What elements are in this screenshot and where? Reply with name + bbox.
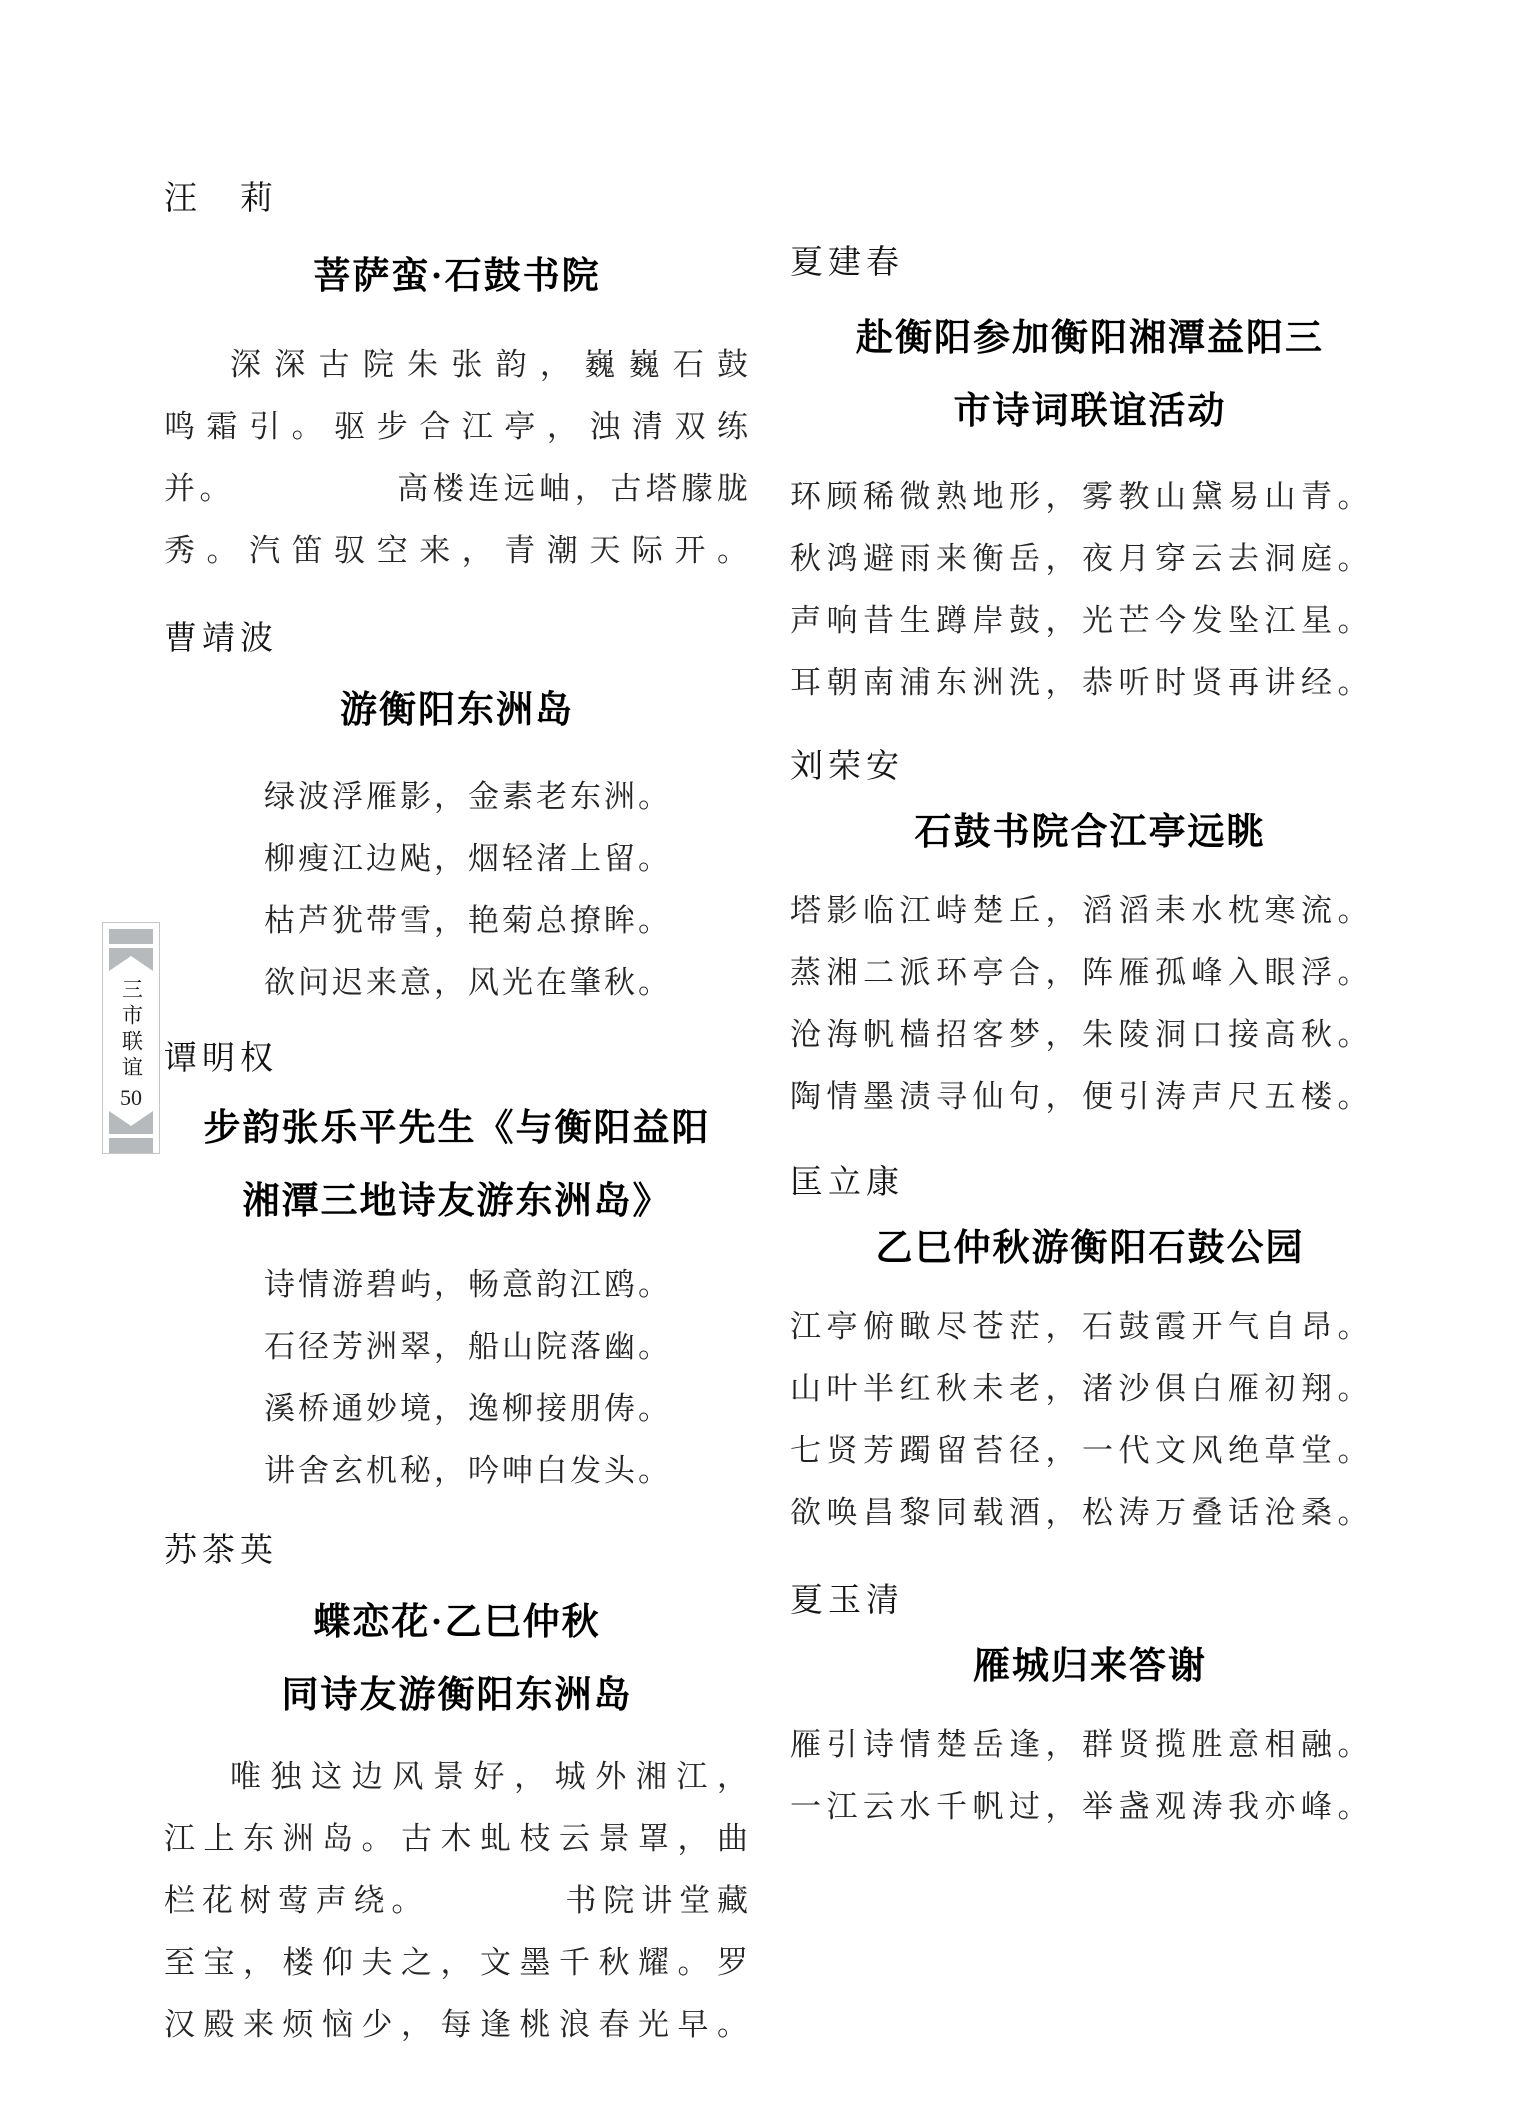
poem-line: 环顾稀微熟地形，雾教山黛易山青。 bbox=[790, 466, 1390, 528]
poem: 刘荣安 石鼓书院合江亭远眺 塔影临江峙楚丘，滔滔耒水枕寒流。 蒸湘二派环亭合，阵… bbox=[790, 744, 1390, 1128]
poem: 汪 莉 菩萨蛮·石鼓书院 深深古院朱张韵，巍巍石鼓 鸣霜引。驱步合江亭，浊清双练… bbox=[164, 176, 750, 582]
poem-line: 七贤芳躅留苔径，一代文风绝草堂。 bbox=[790, 1420, 1390, 1482]
page-number: 50 bbox=[120, 1085, 142, 1111]
poem-line: 耳朝南浦东洲洗，恭听时贤再讲经。 bbox=[790, 652, 1390, 714]
poem-line: 蒸湘二派环亭合，阵雁孤峰入眼浮。 bbox=[790, 942, 1390, 1004]
poem-author: 刘荣安 bbox=[790, 744, 1390, 790]
poem-line: 欲唤昌黎同载酒，松涛万叠话沧桑。 bbox=[790, 1482, 1390, 1544]
poem-title: 石鼓书院合江亭远眺 bbox=[790, 804, 1390, 862]
poem-title: 蝶恋花·乙巳仲秋 bbox=[164, 1586, 750, 1659]
poem: 谭明权 步韵张乐平先生《与衡阳益阳 湘潭三地诗友游东洲岛》 诗情游碧屿，畅意韵江… bbox=[164, 1036, 750, 1502]
poem-author: 夏玉清 bbox=[790, 1578, 1390, 1624]
poem-title: 菩萨蛮·石鼓书院 bbox=[164, 248, 750, 306]
poem-line: 江亭俯瞰尽苍茫，石鼓霞开气自昂。 bbox=[790, 1296, 1390, 1358]
sidebar-tab: 三市联谊 50 bbox=[102, 922, 160, 1154]
poem-line: 讲舍玄机秘，吟呻白发头。 bbox=[164, 1440, 750, 1502]
poem-author: 曹靖波 bbox=[164, 616, 750, 662]
poem-author: 匡立康 bbox=[790, 1160, 1390, 1206]
ribbon-bottom-strip bbox=[109, 1138, 153, 1153]
poem-line: 秋鸿避雨来衡岳，夜月穿云去洞庭。 bbox=[790, 528, 1390, 590]
poem-line: 鸣霜引。驱步合江亭，浊清双练 bbox=[164, 396, 750, 458]
poem: 曹靖波 游衡阳东洲岛 绿波浮雁影，金素老东洲。 柳瘦江边飐，烟轻渚上留。 枯芦犹… bbox=[164, 616, 750, 1014]
poem-line: 绿波浮雁影，金素老东洲。 bbox=[164, 766, 750, 828]
poem-line: 雁引诗情楚岳逢，群贤揽胜意相融。 bbox=[790, 1714, 1390, 1776]
poem-line: 石径芳洲翠，船山院落幽。 bbox=[164, 1316, 750, 1378]
poem-line: 一江云水千帆过，举盏观涛我亦峰。 bbox=[790, 1776, 1390, 1838]
section-tab-label: 三市联谊 bbox=[121, 978, 142, 1082]
poem-line: 栏花树莺声绕。 书院讲堂藏 bbox=[164, 1870, 750, 1932]
poem-line: 诗情游碧屿，畅意韵江鸥。 bbox=[164, 1254, 750, 1316]
poem: 夏建春 赴衡阳参加衡阳湘潭益阳三 市诗词联谊活动 环顾稀微熟地形，雾教山黛易山青… bbox=[790, 240, 1390, 714]
poem-title: 步韵张乐平先生《与衡阳益阳 bbox=[164, 1092, 750, 1165]
poem-line: 欲问迟来意，风光在肇秋。 bbox=[164, 952, 750, 1014]
poem-author: 苏茶英 bbox=[164, 1528, 750, 1574]
poem-title: 雁城归来答谢 bbox=[790, 1638, 1390, 1696]
right-column: 夏建春 赴衡阳参加衡阳湘潭益阳三 市诗词联谊活动 环顾稀微熟地形，雾教山黛易山青… bbox=[790, 0, 1390, 1838]
ribbon-top-strip bbox=[109, 929, 153, 944]
poem-author: 夏建春 bbox=[790, 240, 1390, 286]
poem-title: 乙巳仲秋游衡阳石鼓公园 bbox=[790, 1220, 1390, 1278]
ribbon-fold-top-icon bbox=[109, 948, 153, 971]
left-column: 汪 莉 菩萨蛮·石鼓书院 深深古院朱张韵，巍巍石鼓 鸣霜引。驱步合江亭，浊清双练… bbox=[164, 0, 750, 2056]
poem-author: 汪 莉 bbox=[164, 176, 750, 222]
poem-line: 溪桥通妙境，逸柳接朋俦。 bbox=[164, 1378, 750, 1440]
poem-title: 湘潭三地诗友游东洲岛》 bbox=[164, 1165, 750, 1238]
poem-line: 唯独这边风景好，城外湘江， bbox=[164, 1746, 750, 1808]
poem-line: 至宝，楼仰夫之，文墨千秋耀。罗 bbox=[164, 1932, 750, 1994]
poem-line: 秀。汽笛驭空来，青潮天际开。 bbox=[164, 520, 750, 582]
poem: 苏茶英 蝶恋花·乙巳仲秋 同诗友游衡阳东洲岛 唯独这边风景好，城外湘江， 江上东… bbox=[164, 1528, 750, 2056]
poem-line: 枯芦犹带雪，艳菊总撩眸。 bbox=[164, 890, 750, 952]
poem: 匡立康 乙巳仲秋游衡阳石鼓公园 江亭俯瞰尽苍茫，石鼓霞开气自昂。 山叶半红秋未老… bbox=[790, 1160, 1390, 1544]
poem: 夏玉清 雁城归来答谢 雁引诗情楚岳逢，群贤揽胜意相融。 一江云水千帆过，举盏观涛… bbox=[790, 1578, 1390, 1838]
poem-line: 深深古院朱张韵，巍巍石鼓 bbox=[164, 334, 750, 396]
poem-title: 赴衡阳参加衡阳湘潭益阳三 bbox=[790, 302, 1390, 375]
poem-line: 塔影临江峙楚丘，滔滔耒水枕寒流。 bbox=[790, 880, 1390, 942]
poem-line: 陶情墨渍寻仙句，便引涛声尺五楼。 bbox=[790, 1066, 1390, 1128]
poem-line: 江上东洲岛。古木虬枝云景罩，曲 bbox=[164, 1808, 750, 1870]
poem-author: 谭明权 bbox=[164, 1036, 750, 1082]
poem-line: 并。 高楼连远岫，古塔朦胧 bbox=[164, 458, 750, 520]
poem-title: 游衡阳东洲岛 bbox=[164, 682, 750, 740]
poem-line: 沧海帆樯招客梦，朱陵洞口接高秋。 bbox=[790, 1004, 1390, 1066]
poem-line: 山叶半红秋未老，渚沙俱白雁初翔。 bbox=[790, 1358, 1390, 1420]
poem-title: 同诗友游衡阳东洲岛 bbox=[164, 1659, 750, 1732]
poem-line: 柳瘦江边飐，烟轻渚上留。 bbox=[164, 828, 750, 890]
poem-line: 汉殿来烦恼少，每逢桃浪春光早。 bbox=[164, 1994, 750, 2056]
poem-line: 声响昔生蹲岸鼓，光芒今发坠江星。 bbox=[790, 590, 1390, 652]
poem-title: 市诗词联谊活动 bbox=[790, 375, 1390, 448]
ribbon-fold-bottom-icon bbox=[109, 1111, 153, 1134]
